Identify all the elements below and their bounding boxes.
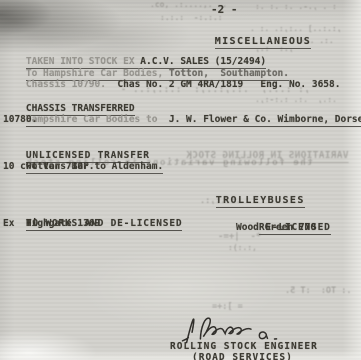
ghost-text-artifact: :.:.: -:.:.: — [160, 13, 223, 22]
ghost-mark: =+:[ = — [212, 302, 243, 312]
ghost-text-artifact: .co, .:....,. .. — [150, 0, 227, 9]
chassis-transferred-line1: Hampshire Car Bodies to J. W. Flower & C… — [3, 103, 361, 138]
ghost-mark: -=+| -* — [218, 232, 261, 242]
ghost-text-artifact: : . ,.-. .: .: .: — [255, 2, 337, 11]
chassis-transferred-line2: 10780. — [3, 114, 37, 125]
chassis-transferred-line1-faded: Hampshire Car Bodies to — [26, 114, 169, 125]
ghost-variations-heading: VARIATIONS IN ROLLING STOCK — [186, 139, 361, 174]
signoff-title-line2: (ROAD SERVICES) — [192, 352, 293, 360]
ghost-text-artifact: .: TO: :T 5. — [285, 286, 352, 296]
scanned-document-page: -2 - .co, .:....,. .. :.:.: -:.:.: : . ,… — [0, 0, 361, 360]
ghost-variations-line: the following variations in rolling stoc… — [25, 158, 313, 168]
ghost-mark: :(:.:, — [228, 243, 257, 252]
signoff-title-line1: ROLLING STOCK ENGINEER — [170, 341, 318, 352]
to-works-line: Ex Highgate 1369 — [3, 218, 100, 229]
taken-into-stock-line2-rest: Chas No. 2 GM 4RA/1819 Eng. No. 3658. — [117, 79, 340, 90]
chassis-transferred-line1-rest: J. W. Flower & Co. Wimborne, Dorset. — [169, 114, 361, 125]
ghost-text-artifact: .:..:,:. — [200, 196, 241, 206]
taken-into-stock-line2-faded: Chassis 10790. — [26, 79, 118, 90]
